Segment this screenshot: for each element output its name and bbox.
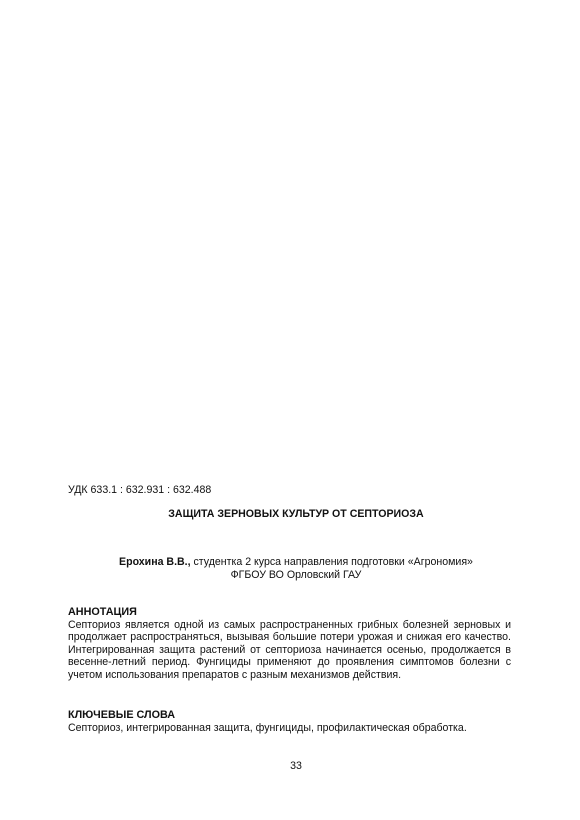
author-description: студентка 2 курса направления подготовки… [191,556,473,568]
author-line: Ерохина В.В., студентка 2 курса направле… [12,556,580,569]
author-affiliation: ФГБОУ ВО Орловский ГАУ [12,569,580,582]
udc-code: УДК 633.1 : 632.931 : 632.488 [68,484,211,497]
keywords-text: Септориоз, интегрированная защита, фунги… [68,722,511,735]
document-page: УДК 633.1 : 632.931 : 632.488 ЗАЩИТА ЗЕР… [0,0,580,820]
annotation-section: АННОТАЦИЯ Септориоз является одной из са… [68,606,511,682]
page-number: 33 [0,760,580,773]
keywords-section: КЛЮЧЕВЫЕ СЛОВА Септориоз, интегрированна… [68,709,511,734]
author-block: Ерохина В.В., студентка 2 курса направле… [0,556,580,581]
annotation-heading: АННОТАЦИЯ [68,606,511,619]
keywords-heading: КЛЮЧЕВЫЕ СЛОВА [68,709,511,722]
author-name: Ерохина В.В., [119,556,191,568]
annotation-text: Септориоз является одной из самых распро… [68,619,511,682]
article-title: ЗАЩИТА ЗЕРНОВЫХ КУЛЬТУР ОТ СЕПТОРИОЗА [0,508,580,521]
